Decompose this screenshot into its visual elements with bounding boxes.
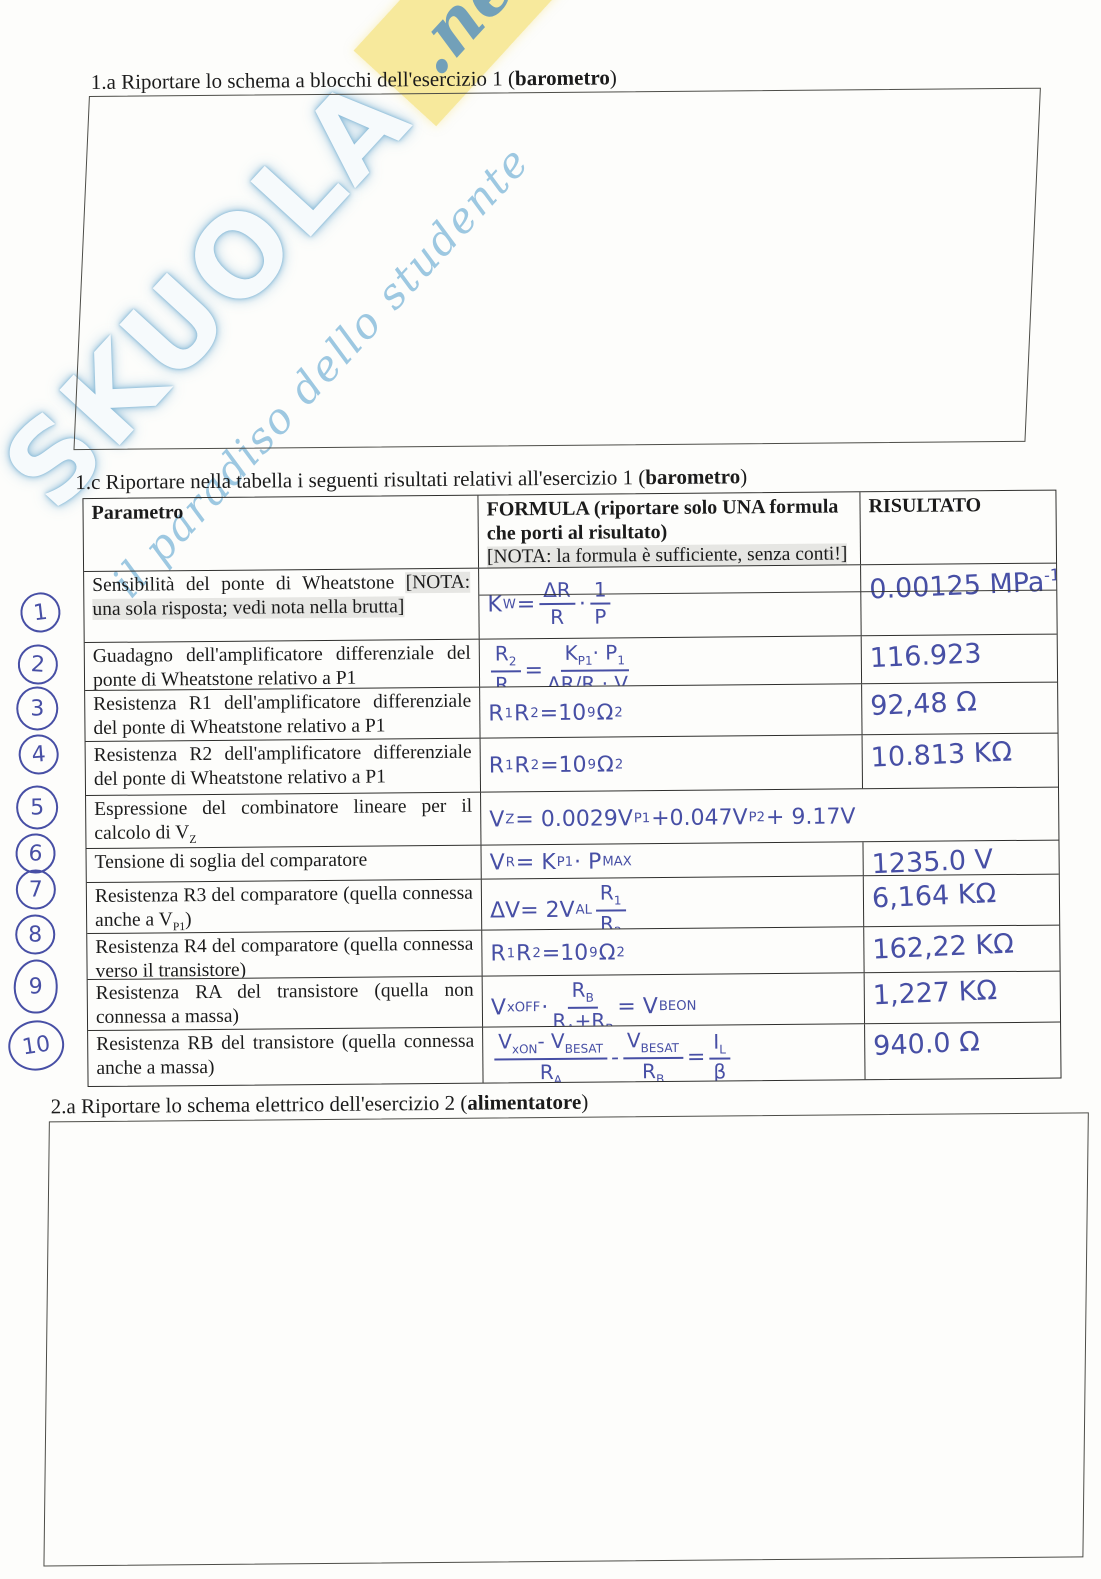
scanned-exam-page: SKUOLA .net il paradiso dello studente 1… bbox=[0, 0, 1101, 1579]
margin-row-numbers: 12345678910 bbox=[0, 0, 1094, 5]
section-1c-bold: barometro bbox=[645, 464, 740, 489]
formula-cell-handwritten: ΔV= 2VAL R1R2 bbox=[482, 876, 864, 929]
handwritten-circled-number: 3 bbox=[16, 686, 58, 730]
result-cell-handwritten: 116.923 bbox=[862, 635, 1057, 684]
risultato-label: RISULTATO bbox=[868, 493, 1047, 519]
formula-note: [NOTA: la formula è sufficiente, senza c… bbox=[487, 543, 847, 567]
param-cell: Espressione del combinatore lineare per … bbox=[86, 793, 481, 848]
section-1a-text: 1.a Riportare lo schema a blocchi dell'e… bbox=[91, 66, 515, 94]
handwritten-circled-number: 1 bbox=[18, 590, 62, 634]
table-body: Sensibilità del ponte di Wheatstone [NOT… bbox=[84, 564, 1060, 1086]
handwritten-circled-number: 7 bbox=[16, 869, 56, 909]
formula-cell-handwritten: VxON- VBESATRA - VBESATRB = ILβ bbox=[483, 1024, 865, 1082]
table-row: Resistenza R1 dell'amplificatore differe… bbox=[85, 683, 1057, 742]
handwritten-fraction: 1P bbox=[590, 579, 611, 627]
handwritten-circled-number: 4 bbox=[17, 733, 60, 776]
param-text: Resistenza RB del transistore (quella co… bbox=[96, 1031, 474, 1079]
param-cell: Guadagno dell'amplificatore differenzial… bbox=[85, 640, 480, 690]
param-cell: Resistenza R4 del comparatore (quella co… bbox=[87, 931, 482, 979]
result-cell-handwritten: 1235.0 V bbox=[863, 841, 1058, 876]
section-2a-suffix: ) bbox=[581, 1090, 588, 1114]
handwritten-fraction: R1R2 bbox=[596, 882, 626, 929]
section-1c-suffix: ) bbox=[740, 464, 747, 488]
parametro-label: Parametro bbox=[91, 498, 469, 526]
handwritten-fraction: ΔRR bbox=[539, 580, 575, 628]
formula-cell-handwritten: KW= ΔRR · 1P bbox=[479, 565, 862, 638]
block-diagram-answer-box bbox=[73, 88, 1040, 450]
formula-cell-handwritten: R1R2=109Ω2 bbox=[481, 735, 863, 791]
result-cell-handwritten: 162,22 KΩ bbox=[864, 926, 1059, 973]
handwritten-fraction: RBRA+RB bbox=[552, 979, 613, 1026]
param-text: Resistenza R3 del comparatore (quella co… bbox=[95, 883, 473, 931]
result-cell-handwritten: 0.00125 MPa-1 bbox=[861, 564, 1057, 636]
param-cell: Resistenza R3 del comparatore (quella co… bbox=[87, 880, 482, 933]
col-header-parametro: Parametro bbox=[83, 496, 479, 571]
table-row: Espressione del combinatore lineare per … bbox=[86, 788, 1058, 849]
handwritten-fraction: KP1· P1ΔR/R · VAL bbox=[547, 642, 643, 686]
section-2a-bold: alimentatore bbox=[467, 1090, 581, 1115]
section-1c-text: 1.c Riportare nella tabella i seguenti r… bbox=[75, 465, 645, 494]
section-1a-bold: barometro bbox=[515, 65, 610, 90]
handwritten-circled-number: 5 bbox=[16, 785, 58, 829]
table-row: Guadagno dell'amplificatore differenzial… bbox=[85, 635, 1057, 691]
param-text: Tensione di soglia del comparatore bbox=[95, 850, 368, 873]
param-cell: Resistenza RA del transistore (quella no… bbox=[88, 977, 483, 1030]
section-1c-heading: 1.c Riportare nella tabella i seguenti r… bbox=[75, 464, 747, 495]
formula-cell-handwritten: R1R2=109Ω2 bbox=[482, 927, 864, 975]
formula-cell-handwritten: VR= KP1· PMAX bbox=[481, 842, 863, 878]
section-2a-text: 2.a Riportare lo schema elettrico dell'e… bbox=[51, 1091, 468, 1119]
param-cell: Resistenza R1 dell'amplificatore differe… bbox=[85, 688, 480, 741]
section-2a-heading: 2.a Riportare lo schema elettrico dell'e… bbox=[51, 1090, 589, 1120]
handwritten-fraction: VxON- VBESATRA bbox=[494, 1031, 607, 1083]
param-text: Sensibilità del ponte di Wheatstone bbox=[92, 572, 406, 596]
handwritten-fraction: VBESATRB bbox=[623, 1030, 683, 1083]
section-1a-heading: 1.a Riportare lo schema a blocchi dell'e… bbox=[91, 65, 617, 95]
param-cell: Resistenza RB del transistore (quella co… bbox=[88, 1028, 483, 1086]
col-header-risultato: RISULTATO bbox=[860, 491, 1056, 565]
table-row: Resistenza RB del transistore (quella co… bbox=[88, 1023, 1060, 1086]
results-table: Parametro FORMULA (riportare solo UNA fo… bbox=[82, 490, 1061, 1087]
result-cell-handwritten: 92,48 Ω bbox=[862, 683, 1057, 735]
param-cell: Tensione di soglia del comparatore bbox=[87, 846, 482, 882]
table-header-row: Parametro FORMULA (riportare solo UNA fo… bbox=[83, 491, 1056, 572]
formula-label: FORMULA (riportare solo UNA formula che … bbox=[486, 494, 851, 546]
result-cell-handwritten: 6,164 KΩ bbox=[864, 875, 1059, 927]
table-row: Resistenza R3 del comparatore (quella co… bbox=[87, 875, 1059, 934]
table-row: Resistenza R2 dell'amplificatore differe… bbox=[86, 734, 1058, 796]
formula-cell-handwritten: R2R1 = KP1· P1ΔR/R · VAL bbox=[480, 636, 862, 686]
result-cell-handwritten: 1,227 KΩ bbox=[865, 972, 1060, 1024]
col-header-formula: FORMULA (riportare solo UNA formula che … bbox=[478, 492, 861, 567]
table-row: Sensibilità del ponte di Wheatstone [NOT… bbox=[84, 564, 1057, 643]
handwritten-circled-number: 10 bbox=[5, 1017, 68, 1075]
param-text: Guadagno dell'amplificatore differenzial… bbox=[93, 643, 471, 690]
param-text: Resistenza RA del transistore (quella no… bbox=[96, 980, 474, 1028]
handwritten-circled-number: 8 bbox=[15, 914, 55, 954]
formula-cell-handwritten: R1R2=109Ω2 bbox=[480, 684, 862, 737]
handwritten-fraction: R2R1 bbox=[491, 643, 521, 686]
param-cell: Resistenza R2 dell'amplificatore differe… bbox=[86, 739, 481, 795]
result-cell-handwritten: 10.813 KΩ bbox=[863, 734, 1058, 789]
result-cell-handwritten: 940.0 Ω bbox=[865, 1023, 1060, 1080]
formula-cell-handwritten: VZ= 0.0029VP1+0.047VP2+ 9.17V bbox=[481, 788, 1058, 845]
param-text: Resistenza R2 dell'amplificatore differe… bbox=[94, 742, 472, 790]
circuit-diagram-answer-box bbox=[43, 1112, 1088, 1566]
param-text: Resistenza R4 del comparatore (quella co… bbox=[95, 934, 473, 979]
handwritten-circled-number: 9 bbox=[13, 959, 57, 1013]
section-1a-suffix: ) bbox=[610, 65, 617, 89]
param-cell: Sensibilità del ponte di Wheatstone [NOT… bbox=[84, 569, 480, 642]
table-row: Resistenza RA del transistore (quella no… bbox=[88, 972, 1060, 1031]
handwritten-circled-number: 2 bbox=[17, 643, 59, 685]
param-text: Espressione del combinatore lineare per … bbox=[94, 796, 472, 844]
param-text: Resistenza R1 dell'amplificatore differe… bbox=[93, 691, 471, 739]
handwritten-fraction: ILβ bbox=[709, 1031, 730, 1082]
formula-cell-handwritten: VxOFF · RBRA+RB = VBEON bbox=[483, 973, 865, 1026]
